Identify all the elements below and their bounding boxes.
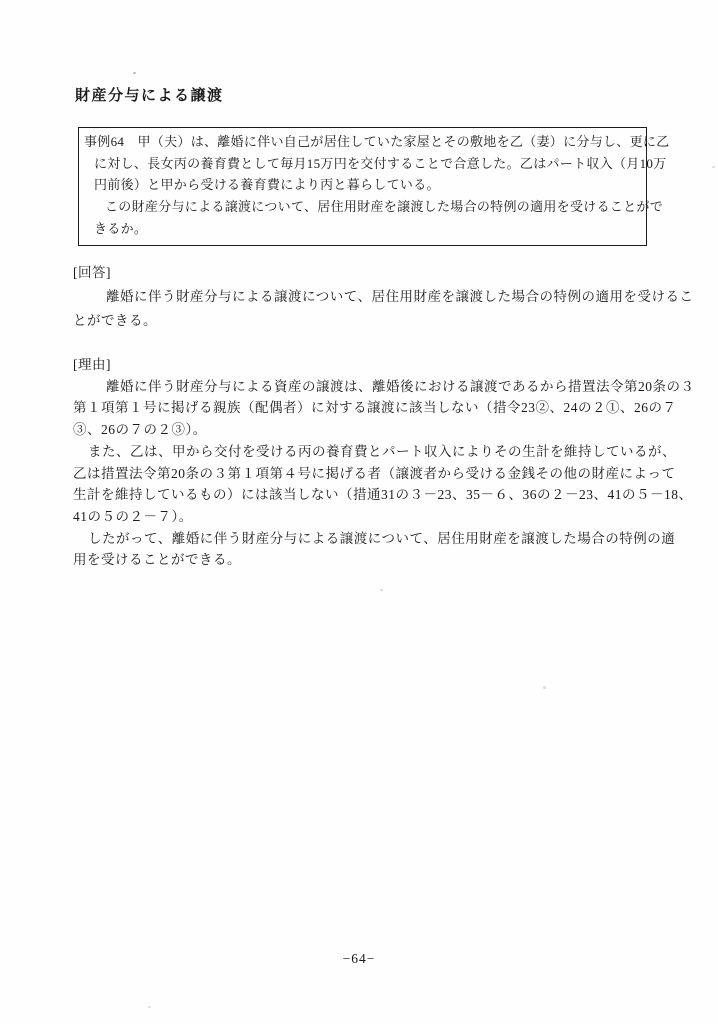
reason-line: 乙は措置法令第20条の３第１項第４号に掲げる者（譲渡者から受ける金銭その他の財産…: [73, 463, 653, 485]
answer-line: とができる。: [73, 309, 653, 333]
reason-heading: [理由]: [73, 354, 653, 376]
case-box: 事例64 甲（夫）は、離婚に伴い自己が居住していた家屋とその敷地を乙（妻）に分与…: [78, 127, 647, 246]
reason-line: 離婚に伴う財産分与による資産の譲渡は、離婚後における譲渡であるから措置法令第20…: [106, 376, 653, 398]
page-title: 財産分与による譲渡: [75, 84, 224, 105]
reason-line: 41の５の２－７）。: [73, 506, 653, 528]
reason-line: また、乙は、甲から交付を受ける丙の養育費とパート収入によりその生計を維持している…: [88, 441, 653, 463]
document-page: 財産分与による譲渡 事例64 甲（夫）は、離婚に伴い自己が居住していた家屋とその…: [0, 0, 718, 1024]
answer-heading: [回答]: [73, 261, 653, 285]
reason-line: 生計を維持しているもの）には該当しない（措通31の３－23、35－６、36の２－…: [73, 484, 653, 506]
answer-line: 離婚に伴う財産分与による譲渡について、居住用財産を譲渡した場合の特例の適用を受け…: [106, 285, 653, 309]
page-number: −64−: [0, 951, 718, 967]
case-box-line: 事例64 甲（夫）は、離婚に伴い自己が居住していた家屋とその敷地を乙（妻）に分与…: [84, 131, 640, 153]
case-box-line: に対し、長女丙の養育費として毎月15万円を交付することで合意した。乙はパート収入…: [94, 153, 640, 175]
scan-speck: [133, 72, 136, 74]
answer-section: [回答] 離婚に伴う財産分与による譲渡について、居住用財産を譲渡した場合の特例の…: [73, 261, 653, 333]
scan-speck: [148, 1006, 151, 1008]
reason-line: 第１項第１号に掲げる親族（配偶者）に対する譲渡に該当しない（措令23②、24の２…: [73, 397, 653, 419]
scan-speck: [543, 686, 546, 689]
reason-section: [理由] 離婚に伴う財産分与による資産の譲渡は、離婚後における譲渡であるから措置…: [73, 354, 653, 571]
case-box-line: この財産分与による譲渡について、居住用財産を譲渡した場合の特例の適用を受けること…: [105, 196, 640, 218]
reason-line: 用を受けることができる。: [73, 549, 653, 571]
case-box-line: きるか。: [94, 218, 640, 240]
scan-speck: [380, 589, 383, 591]
scan-speck: [712, 166, 715, 168]
reason-line: ③、26の７の２③）。: [73, 419, 653, 441]
case-box-line: 円前後）と甲から受ける養育費により丙と暮らしている。: [94, 174, 640, 196]
reason-line: したがって、離婚に伴う財産分与による譲渡について、居住用財産を譲渡した場合の特例…: [88, 528, 653, 550]
